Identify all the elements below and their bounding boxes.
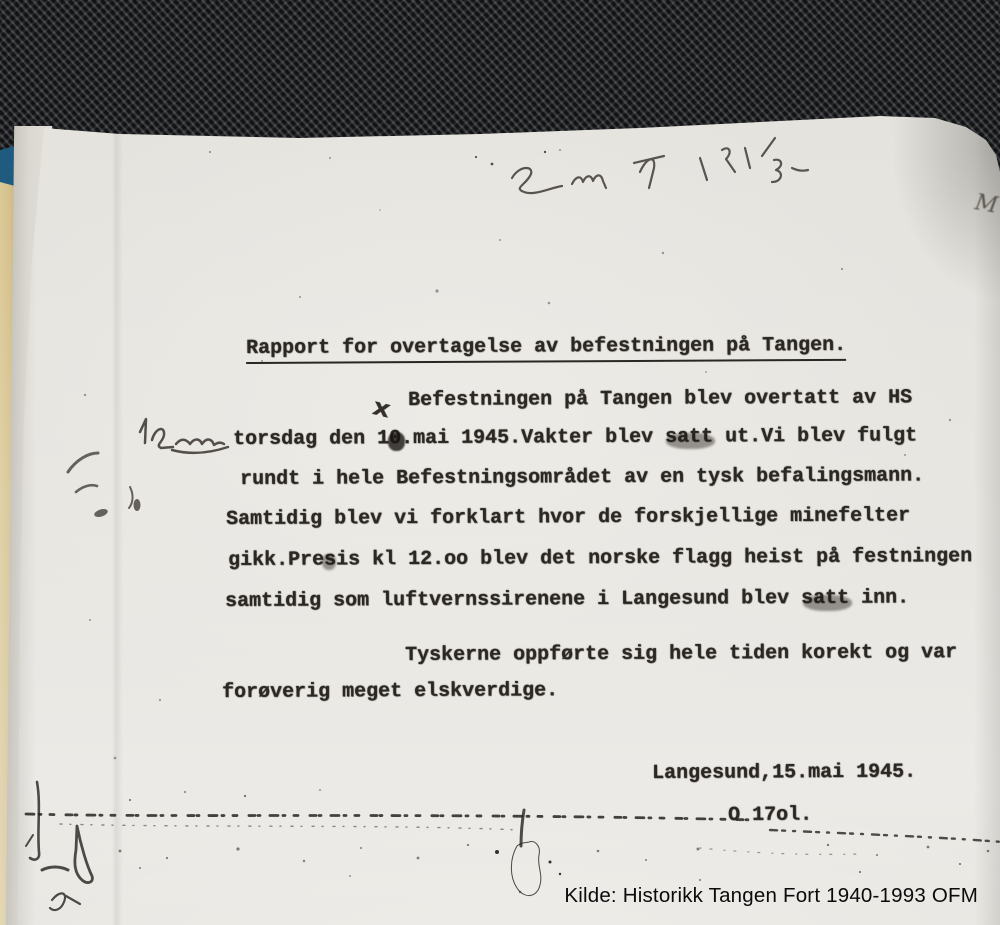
handwritten-edge-note: M	[973, 190, 1000, 219]
typed-line: Befestningen på Tangen blev overtatt av …	[408, 387, 912, 412]
typed-line: Samtidig blev vi forklart hvor de forskj…	[226, 505, 910, 531]
photo-of-document: Rapport for overtagelse av befestningen …	[0, 0, 1000, 925]
source-caption: Kilde: Historikk Tangen Fort 1940-1993 O…	[564, 884, 978, 908]
typed-line: gikk.Presis kl 12.oo blev det norske fla…	[228, 546, 972, 572]
typed-line: forøverig meget elskverdige.	[222, 680, 558, 704]
typed-line: Tyskerne oppførte sig hele tiden korekt …	[405, 642, 957, 667]
overstruck-word	[803, 595, 852, 611]
overstruck-letter	[322, 554, 336, 570]
typed-line: torsdag den 10.mai 1945.Vakter blev satt…	[233, 425, 917, 451]
overstruck-date-digit	[388, 432, 405, 451]
overstruck-word	[666, 433, 715, 449]
signature-line: O 17ol.	[728, 805, 812, 827]
place-date-line: Langesund,15.mai 1945.	[652, 762, 916, 785]
paper-shading	[0, 0, 1000, 925]
typed-line: rundt i hele Befestningsområdet av en ty…	[240, 465, 924, 491]
report-title: Rapport for overtagelse av befestningen …	[246, 335, 846, 364]
